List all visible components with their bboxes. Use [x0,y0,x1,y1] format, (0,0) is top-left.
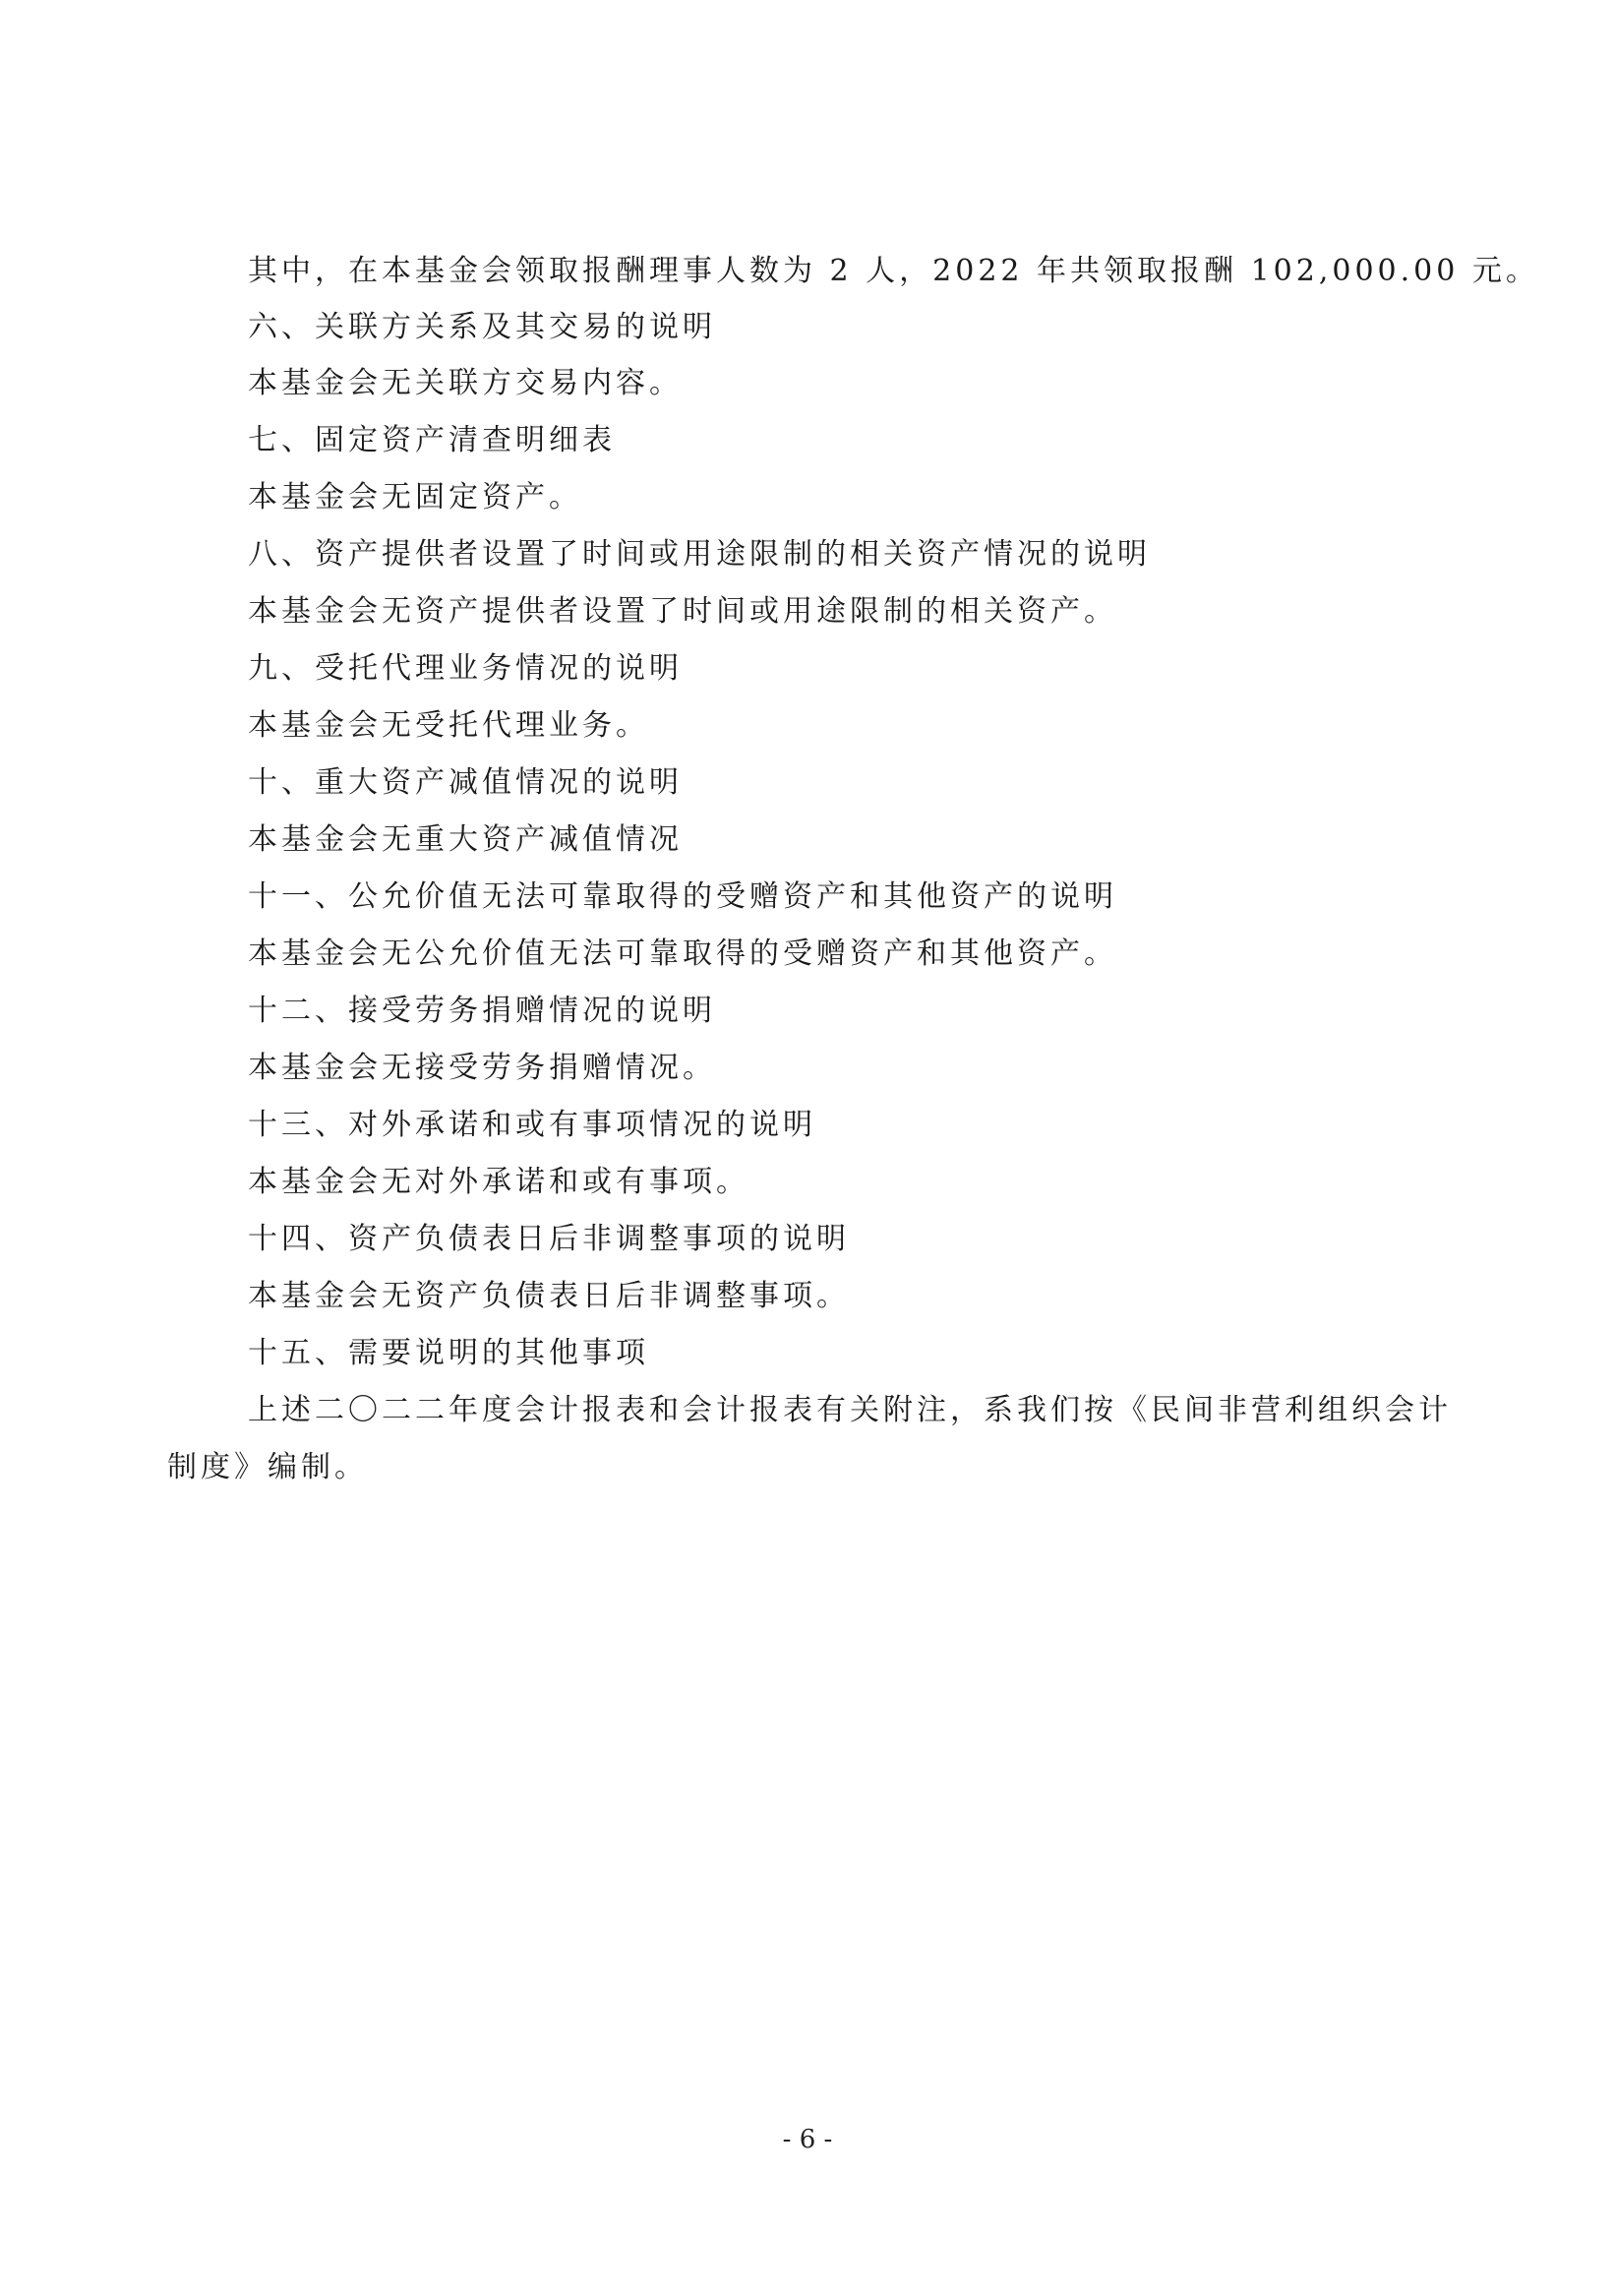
paragraph-remuneration: 其中，在本基金会领取报酬理事人数为 2 人，2022 年共领取报酬 102,00… [248,252,1539,291]
heading-commitments: 十三、对外承诺和或有事项情况的说明 [248,1106,816,1145]
paragraph-fair-value: 本基金会无公允价值无法可靠取得的受赠资产和其他资产。 [248,935,1117,974]
paragraph-agency-business: 本基金会无受托代理业务。 [248,706,649,746]
paragraph-commitments: 本基金会无对外承诺和或有事项。 [248,1163,749,1202]
heading-subsequent-events: 十四、资产负债表日后非调整事项的说明 [248,1220,850,1259]
paragraph-impairment: 本基金会无重大资产减值情况 [248,820,683,860]
heading-agency-business: 九、受托代理业务情况的说明 [248,649,683,689]
heading-service-donations: 十二、接受劳务捐赠情况的说明 [248,992,716,1031]
heading-other-matters: 十五、需要说明的其他事项 [248,1334,649,1373]
paragraph-statement-line-2: 制度》编制。 [167,1448,368,1487]
heading-fair-value: 十一、公允价值无法可靠取得的受赠资产和其他资产的说明 [248,877,1117,917]
paragraph-related-party: 本基金会无关联方交易内容。 [248,364,683,403]
heading-related-party: 六、关联方关系及其交易的说明 [248,308,716,347]
paragraph-statement-line-1: 上述二〇二二年度会计报表和会计报表有关附注，系我们按《民间非营利组织会计 [248,1391,1452,1430]
paragraph-restricted-assets: 本基金会无资产提供者设置了时间或用途限制的相关资产。 [248,592,1117,632]
page-number: - 6 - [0,2125,1615,2154]
paragraph-subsequent-events: 本基金会无资产负债表日后非调整事项。 [248,1277,850,1316]
heading-restricted-assets: 八、资产提供者设置了时间或用途限制的相关资产情况的说明 [248,535,1151,574]
document-page: 其中，在本基金会领取报酬理事人数为 2 人，2022 年共领取报酬 102,00… [0,0,1615,2296]
paragraph-fixed-assets: 本基金会无固定资产。 [248,478,582,517]
heading-fixed-assets: 七、固定资产清查明细表 [248,421,616,460]
paragraph-service-donations: 本基金会无接受劳务捐赠情况。 [248,1049,716,1088]
heading-impairment: 十、重大资产减值情况的说明 [248,763,683,803]
